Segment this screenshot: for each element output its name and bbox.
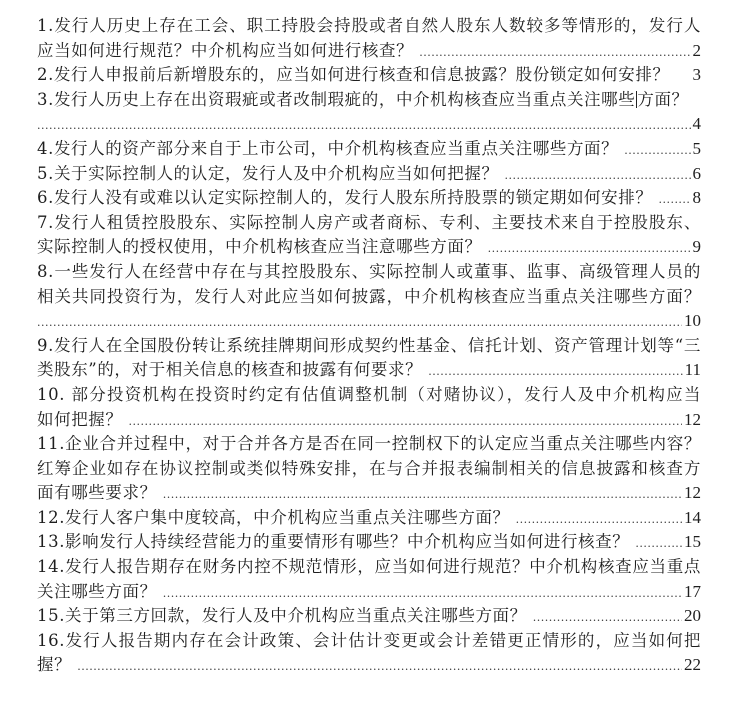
- toc-entry-16-line-2[interactable]: 握？ 22: [37, 653, 701, 678]
- toc-entry-text: 面有哪些要求？: [37, 481, 157, 506]
- toc-entry-7-line-2[interactable]: 实际控制人的授权使用，中介机构核查应当注意哪些方面？ 9: [37, 235, 701, 260]
- toc-entry-9-line-1[interactable]: 9.发行人在全国股份转让系统挂牌期间形成契约性基金、信托计划、资产管理计划等“三: [37, 334, 701, 359]
- toc-entry-text: 9.发行人在全国股份转让系统挂牌期间形成契约性基金、信托计划、资产管理计划等“三: [37, 334, 701, 359]
- page-number: 10: [684, 309, 701, 334]
- toc-entry-text: 实际控制人的授权使用，中介机构核查应当注意哪些方面？: [37, 235, 482, 260]
- toc-entry-8-line-3[interactable]: 10: [37, 309, 701, 334]
- toc-entry-15[interactable]: 15.关于第三方回款，发行人及中介机构应当重点关注哪些方面？ 20: [37, 604, 701, 629]
- page-number: 3: [693, 63, 702, 88]
- leader-dots: [488, 237, 691, 260]
- page-number: 20: [684, 604, 701, 629]
- toc-entry-text-part: 3.发行人历史上存在出资瑕疵或者改制瑕疵的，中介机构核查应当重点关注哪些: [37, 90, 635, 109]
- toc-entry-text: 6.发行人没有或难以认定实际控制人的，发行人股东所持股票的锁定期如何安排？: [37, 186, 652, 211]
- toc-entry-text: 15.关于第三方回款，发行人及中介机构应当重点关注哪些方面？: [37, 604, 527, 629]
- toc-entry-text: 7.发行人租赁控股股东、实际控制人房产或者商标、专利、主要技术来自于控股股东、: [37, 211, 701, 236]
- toc-entry-5[interactable]: 5.关于实际控制人的认定，发行人及中介机构应当如何把握？ 6: [37, 162, 701, 187]
- toc-entry-text: 握？: [37, 653, 71, 678]
- toc-entry-10-line-1[interactable]: 10. 部分投资机构在投资时约定有估值调整机制（对赌协议），发行人及中介机构应当: [37, 383, 701, 408]
- toc-entry-text: 10. 部分投资机构在投资时约定有估值调整机制（对赌协议），发行人及中介机构应当: [37, 383, 701, 408]
- toc-entry-text: 14.发行人报告期存在财务内控不规范情形，应当如何进行规范？中介机构核查应当重点: [37, 555, 701, 580]
- toc-entry-text: 2.发行人申报前后新增股东的，应当如何进行核查和信息披露？股份锁定如何安排？: [37, 63, 670, 88]
- leader-dots: [419, 41, 690, 64]
- toc-entry-text: 5.关于实际控制人的认定，发行人及中介机构应当如何把握？: [37, 162, 499, 187]
- table-of-contents: 1.发行人历史上存在工会、职工持股会持股或者自然人股东人数较多等情形的，发行人 …: [37, 14, 701, 678]
- toc-entry-text: 如何把握？: [37, 408, 123, 433]
- toc-entry-7-line-1[interactable]: 7.发行人租赁控股股东、实际控制人房产或者商标、专利、主要技术来自于控股股东、: [37, 211, 701, 236]
- toc-entry-text: 8.一些发行人在经营中存在与其控股股东、实际控制人或董事、监事、高级管理人员的: [37, 260, 701, 285]
- leader-dots: [77, 655, 682, 678]
- leader-dots: [658, 188, 690, 211]
- leader-dots: [163, 582, 682, 605]
- toc-entry-text: 相关共同投资行为，发行人对此应当如何披露，中介机构核查应当重点关注哪些方面？: [37, 285, 701, 310]
- leader-dots: [624, 139, 690, 162]
- toc-entry-1-line-2[interactable]: 应当如何进行规范？中介机构应当如何进行核查？ 2: [37, 39, 701, 64]
- toc-entry-4[interactable]: 4.发行人的资产部分来自于上市公司，中介机构核查应当重点关注哪些方面？ 5: [37, 137, 701, 162]
- toc-entry-12[interactable]: 12.发行人客户集中度较高，中介机构应当重点关注哪些方面？ 14: [37, 506, 701, 531]
- toc-entry-text: 13.影响发行人持续经营能力的重要情形有哪些？中介机构应当如何进行核查？: [37, 530, 629, 555]
- toc-entry-text: 1.发行人历史上存在工会、职工持股会持股或者自然人股东人数较多等情形的，发行人: [37, 14, 701, 39]
- page-number: 22: [684, 653, 701, 678]
- toc-entry-11-line-2[interactable]: 红筹企业如存在协议控制或类似特殊安排，在与合并报表编制相关的信息披露和核查方: [37, 457, 701, 482]
- leader-dots: [635, 532, 682, 555]
- toc-entry-8-line-2[interactable]: 相关共同投资行为，发行人对此应当如何披露，中介机构核查应当重点关注哪些方面？: [37, 285, 701, 310]
- toc-entry-text: 3.发行人历史上存在出资瑕疵或者改制瑕疵的，中介机构核查应当重点关注哪些方面？: [37, 88, 689, 113]
- toc-entry-9-line-2[interactable]: 类股东”的，对于相关信息的核查和披露有何要求？ 11: [37, 358, 701, 383]
- toc-entry-3-line-2[interactable]: 4: [37, 112, 701, 137]
- toc-entry-14-line-2[interactable]: 关注哪些方面？ 17: [37, 580, 701, 605]
- toc-entry-16-line-1[interactable]: 16.发行人报告期内存在会计政策、会计估计变更或会计差错更正情形的，应当如何把: [37, 629, 701, 654]
- toc-entry-text: 关注哪些方面？: [37, 580, 157, 605]
- leader-dots: [37, 311, 682, 334]
- page-number: 6: [693, 162, 702, 187]
- toc-entry-text: 4.发行人的资产部分来自于上市公司，中介机构核查应当重点关注哪些方面？: [37, 137, 618, 162]
- toc-entry-13[interactable]: 13.影响发行人持续经营能力的重要情形有哪些？中介机构应当如何进行核查？ 15: [37, 530, 701, 555]
- page-number: 14: [684, 506, 701, 531]
- page-number: 8: [693, 186, 702, 211]
- toc-entry-text: 16.发行人报告期内存在会计政策、会计估计变更或会计差错更正情形的，应当如何把: [37, 629, 701, 654]
- leader-dots: [505, 164, 691, 187]
- toc-entry-text: 红筹企业如存在协议控制或类似特殊安排，在与合并报表编制相关的信息披露和核查方: [37, 457, 701, 482]
- toc-entry-text: 类股东”的，对于相关信息的核查和披露有何要求？: [37, 358, 422, 383]
- leader-dots: [428, 360, 682, 383]
- page-number: 12: [684, 481, 701, 506]
- page-number: 11: [685, 358, 701, 383]
- page-number: 5: [693, 137, 702, 162]
- toc-entry-2[interactable]: 2.发行人申报前后新增股东的，应当如何进行核查和信息披露？股份锁定如何安排？ 3: [37, 63, 701, 88]
- page-number: 2: [693, 39, 702, 64]
- leader-dots: [163, 483, 682, 506]
- toc-entry-14-line-1[interactable]: 14.发行人报告期存在财务内控不规范情形，应当如何进行规范？中介机构核查应当重点: [37, 555, 701, 580]
- toc-entry-3-line-1[interactable]: 3.发行人历史上存在出资瑕疵或者改制瑕疵的，中介机构核查应当重点关注哪些方面？: [37, 88, 701, 113]
- leader-dots: [129, 410, 683, 433]
- toc-entry-text: 12.发行人客户集中度较高，中介机构应当重点关注哪些方面？: [37, 506, 510, 531]
- leader-dots: [533, 606, 682, 629]
- toc-entry-text-part: 方面？: [637, 90, 688, 109]
- page-number: 4: [693, 112, 702, 137]
- page-number: 12: [684, 408, 701, 433]
- leader-dots: [516, 508, 682, 531]
- toc-entry-6[interactable]: 6.发行人没有或难以认定实际控制人的，发行人股东所持股票的锁定期如何安排？ 8: [37, 186, 701, 211]
- page-number: 15: [684, 530, 701, 555]
- page-number: 9: [693, 235, 702, 260]
- toc-entry-10-line-2[interactable]: 如何把握？ 12: [37, 408, 701, 433]
- toc-entry-11-line-3[interactable]: 面有哪些要求？ 12: [37, 481, 701, 506]
- page-number: 17: [684, 580, 701, 605]
- leader-dots: [37, 114, 691, 137]
- toc-entry-1-line-1[interactable]: 1.发行人历史上存在工会、职工持股会持股或者自然人股东人数较多等情形的，发行人: [37, 14, 701, 39]
- toc-entry-text: 11.企业合并过程中，对于合并各方是否在同一控制权下的认定应当重点关注哪些内容？: [37, 432, 701, 457]
- toc-entry-11-line-1[interactable]: 11.企业合并过程中，对于合并各方是否在同一控制权下的认定应当重点关注哪些内容？: [37, 432, 701, 457]
- toc-entry-8-line-1[interactable]: 8.一些发行人在经营中存在与其控股股东、实际控制人或董事、监事、高级管理人员的: [37, 260, 701, 285]
- document-page: 1.发行人历史上存在工会、职工持股会持股或者自然人股东人数较多等情形的，发行人 …: [0, 0, 738, 705]
- toc-entry-text: 应当如何进行规范？中介机构应当如何进行核查？: [37, 39, 413, 64]
